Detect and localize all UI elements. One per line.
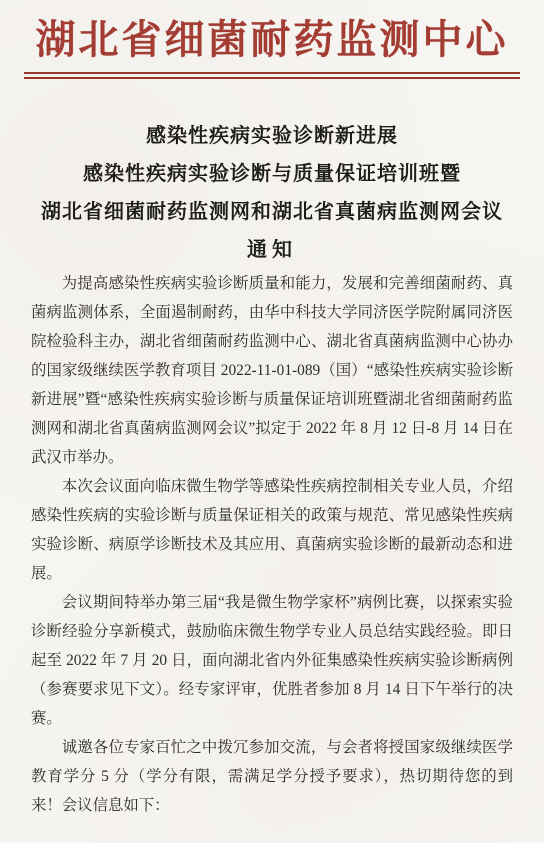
paragraph-invitation: 诚邀各位专家百忙之中拨冗参加交流，与会者将授国家级继续医学教育学分 5 分（学分…: [31, 733, 513, 820]
notice-title-line-1: 感染性疾病实验诊断新进展: [0, 117, 544, 155]
notice-title-line-3: 湖北省细菌耐药监测网和湖北省真菌病监测网会议: [0, 193, 544, 231]
notice-title-line-2: 感染性疾病实验诊断与质量保证培训班暨: [0, 155, 544, 193]
letterhead-title: 湖北省细菌耐药监测中心: [0, 14, 544, 66]
scanned-notice-page: 湖北省细菌耐药监测中心 感染性疾病实验诊断新进展 感染性疾病实验诊断与质量保证培…: [0, 0, 544, 843]
paragraph-audience: 本次会议面向临床微生物学等感染性疾病控制相关专业人员，介绍感染性疾病的实验诊断与…: [31, 472, 513, 588]
notice-title-block: 感染性疾病实验诊断新进展 感染性疾病实验诊断与质量保证培训班暨 湖北省细菌耐药监…: [0, 117, 544, 269]
letterhead: 湖北省细菌耐药监测中心: [0, 0, 544, 79]
notice-body: 为提高感染性疾病实验诊断质量和能力，发展和完善细菌耐药、真菌病监测体系，全面遏制…: [31, 269, 513, 820]
notice-subject-heading: 通知: [0, 231, 544, 269]
letterhead-divider-line: [24, 72, 520, 79]
paragraph-purpose: 为提高感染性疾病实验诊断质量和能力，发展和完善细菌耐药、真菌病监测体系，全面遏制…: [31, 269, 513, 472]
paragraph-case-contest: 会议期间特举办第三届“我是微生物学家杯”病例比赛，以探索实验诊断经验分享新模式，…: [31, 588, 513, 733]
